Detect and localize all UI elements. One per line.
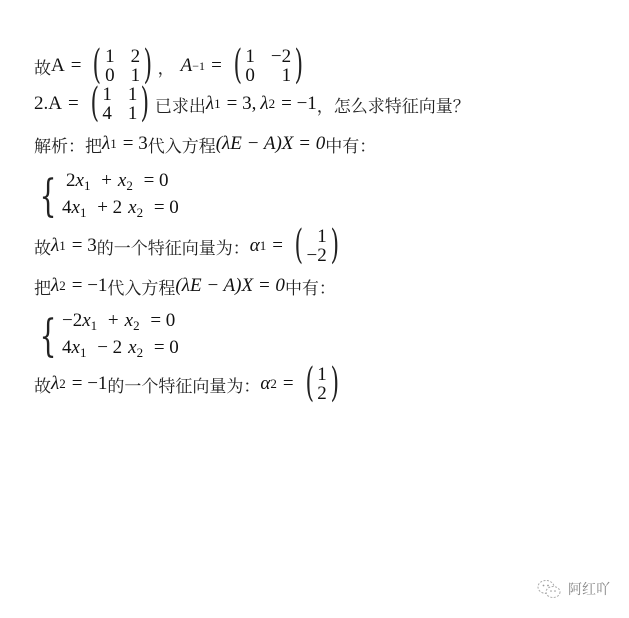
- subscript: 2: [59, 376, 66, 392]
- cell: 1: [128, 104, 138, 123]
- equation-system-2: { −2x1 +x2 = 0 4x1 − 2x2 = 0: [34, 310, 179, 364]
- lambda: λ: [51, 235, 59, 257]
- text: = 3,: [227, 93, 257, 115]
- line-question: 2.A = ( 1 1 4 1 ) 已求出 λ 1 = 3, λ 2 = −1 …: [34, 84, 470, 124]
- watermark-text: 阿红吖: [568, 579, 610, 599]
- equation: (λE − A)X = 0: [216, 133, 326, 155]
- text: A: [51, 55, 65, 77]
- cell: −2: [307, 246, 327, 265]
- text: 的一个特征向量为：: [107, 372, 260, 397]
- lambda: λ: [206, 93, 214, 115]
- cell: 1: [307, 227, 327, 246]
- text: 的一个特征向量为：: [97, 234, 250, 259]
- text: = −1: [281, 93, 317, 115]
- subscript: 2: [59, 278, 66, 294]
- cell: 0: [245, 66, 255, 85]
- text: 故: [34, 234, 51, 259]
- lambda: λ: [51, 275, 59, 297]
- lambda: λ: [51, 373, 59, 395]
- text: = 3: [123, 133, 148, 155]
- line-inverse-matrix: 故 A = ( 1 2 0 1 ) ， A −1 = ( 1 −2 0 1 ): [34, 46, 309, 86]
- subscript: 1: [59, 238, 66, 254]
- alpha: α: [260, 373, 270, 395]
- text: 中有：: [325, 132, 376, 157]
- brace-icon: {: [40, 317, 57, 357]
- text: 把: [34, 274, 51, 299]
- cell: 4: [102, 104, 112, 123]
- cell: 2: [131, 47, 141, 66]
- matrix-a-inverse: ( 1 −2 0 1 ): [230, 47, 307, 85]
- text: 代入方程: [148, 132, 216, 157]
- text: 2.A: [34, 93, 62, 115]
- text: A: [181, 55, 193, 77]
- wechat-icon: [536, 578, 562, 600]
- brace-icon: {: [40, 177, 57, 217]
- cell: 1: [317, 365, 327, 384]
- vector-alpha-1: ( 1 −2 ): [291, 227, 342, 265]
- line-eigenvector-2: 故 λ 2 = −1 的一个特征向量为： α 2 = ( 1 2 ): [34, 364, 344, 404]
- text: = −1: [72, 275, 108, 297]
- line-eigenvector-1: 故 λ 1 = 3 的一个特征向量为： α 1 = ( 1 −2 ): [34, 226, 344, 266]
- text: 解析：把: [34, 132, 102, 157]
- cell: 2: [317, 384, 327, 403]
- operator: =: [205, 55, 228, 77]
- text: 代入方程: [107, 274, 175, 299]
- watermark: 阿红吖: [536, 578, 610, 600]
- subscript: 2: [269, 96, 276, 112]
- lambda: λ: [260, 93, 268, 115]
- equation-system-1: { 2x1 +x2 = 0 4x1 + 2x2 = 0: [34, 170, 179, 224]
- cell: 1: [131, 66, 141, 85]
- cell: −2: [271, 47, 291, 66]
- text: 已求出: [155, 92, 206, 117]
- operator: =: [277, 373, 300, 395]
- text: ，: [158, 54, 175, 79]
- matrix-a: ( 1 1 4 1 ): [87, 85, 153, 123]
- text: 故: [34, 54, 51, 79]
- line-substitute-lambda-2: 把 λ 2 = −1 代入方程 (λE − A)X = 0 中有：: [34, 266, 336, 306]
- equation: 4x1 − 2x2 = 0: [62, 337, 179, 364]
- subscript: 1: [214, 96, 221, 112]
- equation: 2x1 +x2 = 0: [62, 170, 179, 197]
- text: ，怎么求特征向量？: [317, 92, 470, 117]
- vector-alpha-2: ( 1 2 ): [302, 365, 343, 403]
- text: = −1: [72, 373, 108, 395]
- text: 故: [34, 372, 51, 397]
- superscript: −1: [192, 59, 205, 74]
- cell: 1: [105, 47, 115, 66]
- operator: =: [65, 55, 88, 77]
- equation: −2x1 +x2 = 0: [62, 310, 179, 337]
- operator: =: [266, 235, 289, 257]
- cell: 1: [245, 47, 255, 66]
- cell: 1: [128, 85, 138, 104]
- equation: (λE − A)X = 0: [175, 275, 285, 297]
- subscript: 1: [110, 136, 117, 152]
- cell: 1: [102, 85, 112, 104]
- cell: 1: [271, 66, 291, 85]
- operator: =: [62, 93, 85, 115]
- cell: 0: [105, 66, 115, 85]
- line-analysis: 解析：把 λ 1 = 3 代入方程 (λE − A)X = 0 中有：: [34, 124, 376, 164]
- equation: 4x1 + 2x2 = 0: [62, 197, 179, 224]
- alpha: α: [250, 235, 260, 257]
- text: = 3: [72, 235, 97, 257]
- lambda: λ: [102, 133, 110, 155]
- text: 中有：: [285, 274, 336, 299]
